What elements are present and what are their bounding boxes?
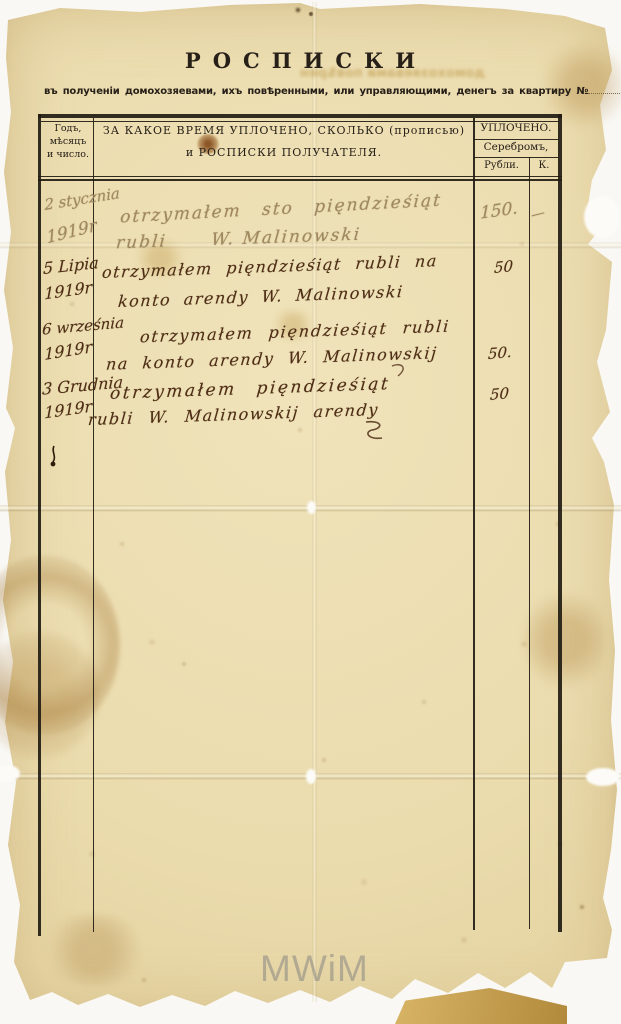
tear-hole [584, 196, 620, 238]
header-paid: УПЛОЧЕНО. [474, 122, 558, 134]
form-subtitle: въ полученіи домохозяевами, ихъ повѣренн… [44, 84, 604, 97]
watermark-text: MWiM [260, 948, 369, 990]
header-date-line2: мѣсяцъ [42, 135, 94, 148]
torn-paper-fragment [395, 988, 567, 1024]
header-bottom-line-thick [38, 179, 562, 181]
table-border-top [38, 114, 562, 118]
ink-mark [48, 444, 60, 470]
stain [525, 585, 605, 695]
header-date-column: Годъ, мѣсяцъ и число. [42, 122, 94, 161]
entry-amount-rubles: 50. [488, 343, 513, 363]
header-date-line3: и число. [42, 148, 94, 161]
header-silver: Серебромъ, [474, 141, 558, 153]
column-line-kopecks [529, 157, 530, 929]
header-main-line2: и РОСПИСКИ ПОЛУЧАТЕЛЯ. [95, 146, 473, 159]
paid-box-divider2 [474, 157, 558, 158]
header-main-line1: ЗА КАКОЕ ВРЕМЯ УПЛОЧЕНО, СКОЛЬКО (пропис… [95, 124, 473, 137]
table-border-right [558, 114, 562, 932]
header-date-line1: Годъ, [42, 122, 94, 135]
table-border-left [38, 114, 41, 936]
subtitle-text: въ полученіи домохозяевами, ихъ повѣренн… [44, 86, 588, 97]
apartment-number-blank [588, 84, 621, 94]
signature-flourish [390, 362, 410, 378]
signature-flourish [362, 418, 388, 444]
tear-hole [306, 769, 316, 784]
column-line-paid [473, 118, 475, 930]
tear-hole [586, 768, 620, 786]
header-rubles: Рубли. [474, 160, 529, 171]
tear-hole [307, 501, 316, 514]
paid-box-divider1 [474, 139, 558, 140]
form-title: РОСПИСКИ [38, 48, 562, 73]
header-bottom-line-thin [38, 176, 562, 177]
entry-amount-rubles: 50 [490, 384, 510, 404]
column-line-date [93, 118, 94, 932]
entry-amount-rubles: 50 [494, 257, 514, 277]
stain [40, 915, 150, 985]
header-kopecks: К. [530, 160, 558, 171]
foxing-spots [0, 0, 4, 4]
